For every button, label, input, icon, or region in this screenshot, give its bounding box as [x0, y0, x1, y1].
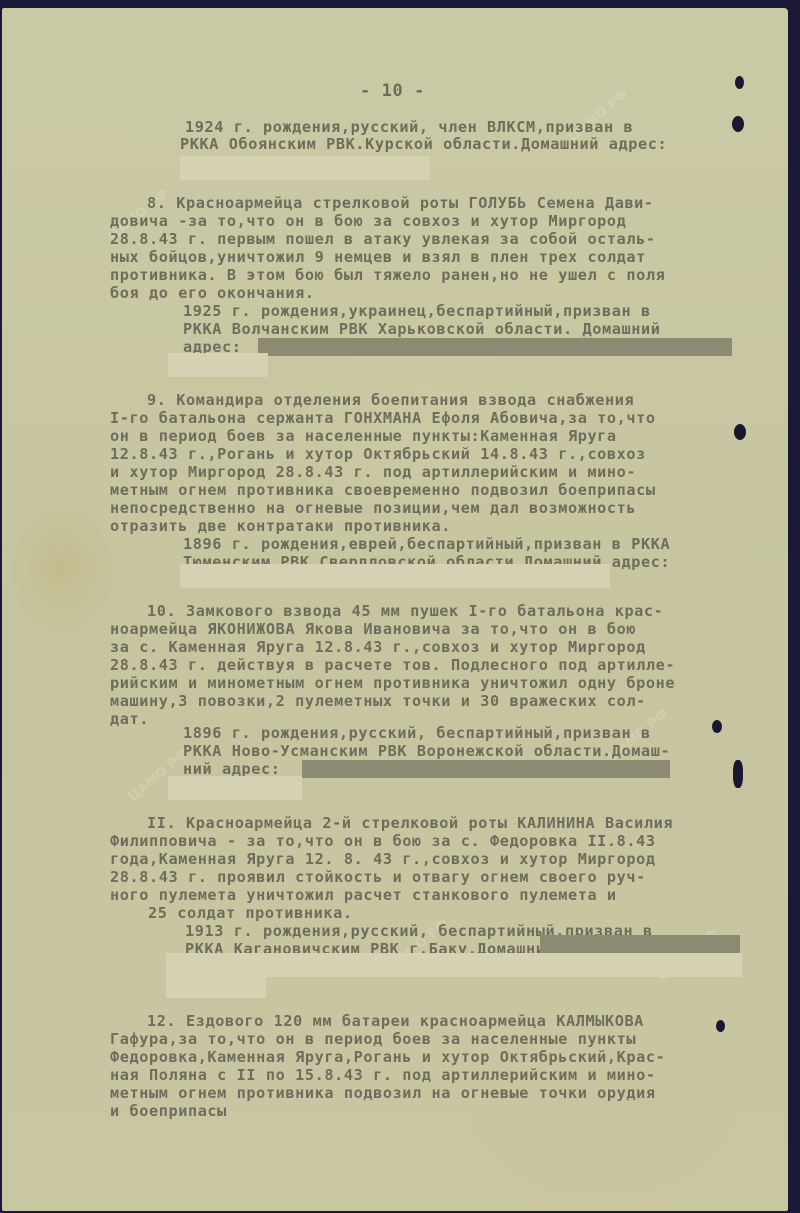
- text-line: непосредственно на огневые позиции,чем д…: [110, 499, 636, 517]
- text-line: и боеприпасы: [110, 1102, 227, 1120]
- text-line: 1924 г. рождения,русский, член ВЛКСМ,при…: [185, 118, 633, 136]
- redaction-bar: [302, 760, 670, 778]
- redaction-bar: [180, 156, 430, 180]
- text-line: ных бойцов,уничтожил 9 немцев и взял в п…: [110, 248, 646, 266]
- text-line: года,Каменная Яруга 12. 8. 43 г.,совхоз …: [110, 850, 656, 868]
- text-line: противника. В этом бою был тяжело ранен,…: [110, 266, 665, 284]
- text-line: и хутор Миргород 28.8.43 г. под артиллер…: [110, 463, 636, 481]
- text-line: РККА Ново-Усманским РВК Воронежской обла…: [183, 742, 670, 760]
- text-line: Филипповича - за то,что он в бою за с. Ф…: [110, 832, 656, 850]
- text-line: боя до его окончания.: [110, 284, 315, 302]
- text-line: машину,3 повозки,2 пулеметных точки и 30…: [110, 692, 646, 710]
- text-line: 1896 г. рождения,русский, беспартийный,п…: [183, 724, 651, 742]
- text-line: 1896 г. рождения,еврей,беспартийный,приз…: [183, 535, 670, 553]
- text-line: 28.8.43 г. первым пошел в атаку увлекая …: [110, 230, 656, 248]
- punch-hole: [733, 760, 743, 788]
- text-line: 25 солдат противника.: [148, 904, 353, 922]
- text-line: 12.8.43 г.,Рогань и хутор Октябрьский 14…: [110, 445, 646, 463]
- text-line: дат.: [110, 710, 149, 728]
- text-line: 28.8.43 г. действуя в расчете тов. Подле…: [110, 656, 675, 674]
- text-line: отразить две контратаки противника.: [110, 517, 451, 535]
- punch-hole: [712, 720, 722, 733]
- punch-hole: [734, 424, 746, 440]
- text-line: ная Поляна с II по 15.8.43 г. под артилл…: [110, 1066, 656, 1084]
- redaction-bar: [166, 974, 266, 998]
- text-line: Федоровка,Каменная Яруга,Рогань и хутор …: [110, 1048, 665, 1066]
- text-line: ноармейца ЯКОНИЖОВА Якова Ивановича за т…: [110, 620, 636, 638]
- text-line: 8. Красноармейца стрелковой роты ГОЛУБЬ …: [147, 194, 654, 212]
- redaction-bar: [168, 776, 302, 800]
- punch-hole: [732, 116, 744, 132]
- text-line: 12. Ездового 120 мм батареи красноармейц…: [147, 1012, 644, 1030]
- redaction-bar: [168, 353, 268, 377]
- text-line: Гафура,за то,что он в период боев за нас…: [110, 1030, 636, 1048]
- redaction-bar: [258, 338, 732, 356]
- punch-hole: [716, 1020, 725, 1032]
- text-line: за с. Каменная Яруга 12.8.43 г.,совхоз и…: [110, 638, 646, 656]
- text-line: РККА Волчанским РВК Харьковской области.…: [183, 320, 660, 338]
- text-line: I-го батальона сержанта ГОНХМАНА Ефоля А…: [110, 409, 656, 427]
- document-page: ЦАМО РФ ЦАМО РФ ЦАМО РФ ЦАМО РФ ЦАМО РФ …: [2, 8, 788, 1211]
- text-line: метным огнем противника своевременно под…: [110, 481, 656, 499]
- text-line: довича -за то,что он в бою за совхоз и х…: [110, 212, 626, 230]
- text-line: РККА Обоянским РВК.Курской области.Домаш…: [180, 135, 667, 153]
- page-number: - 10 -: [360, 82, 425, 100]
- text-line: он в период боев за населенные пункты:Ка…: [110, 427, 617, 445]
- text-line: 9. Командира отделения боепитания взвода…: [147, 391, 634, 409]
- text-line: 10. Замкового взвода 45 мм пушек I-го ба…: [147, 602, 663, 620]
- text-line: метным огнем противника подвозил на огне…: [110, 1084, 656, 1102]
- text-line: ного пулемета уничтожил расчет станковог…: [110, 886, 617, 904]
- text-line: II. Красноармейца 2-й стрелковой роты КА…: [147, 814, 673, 832]
- text-line: рийским и минометным огнем противника ун…: [110, 674, 675, 692]
- redaction-bar: [180, 564, 610, 588]
- text-line: 1925 г. рождения,украинец,беспартийный,п…: [183, 302, 651, 320]
- text-line: 28.8.43 г. проявил стойкость и отвагу ог…: [110, 868, 646, 886]
- redaction-bar: [540, 935, 740, 953]
- punch-hole: [735, 76, 744, 89]
